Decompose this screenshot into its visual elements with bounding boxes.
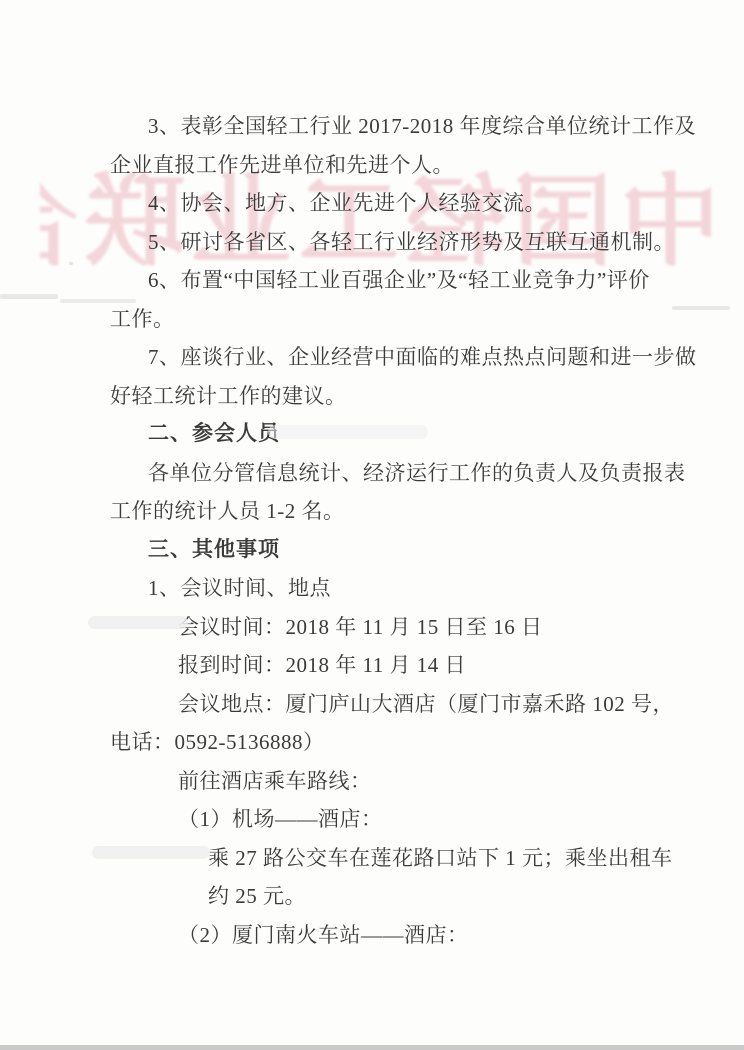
doc-line: 6、布置“中国轻工业百强企业”及“轻工业竞争力”评价 (110, 261, 695, 300)
document-body: 3、表彰全国轻工行业 2017-2018 年度综合单位统计工作及 企业直报工作先… (110, 107, 695, 954)
scanned-document-page: 中国轻工业联合会文件 3、表彰全国轻工行业 2017-2018 年度综合单位统计… (0, 0, 744, 1050)
scan-artifact (672, 306, 730, 310)
doc-line: 前往酒店乘车路线： (110, 762, 695, 801)
doc-line-meeting-time: 会议时间：2018 年 11 月 15 日至 16 日 (110, 608, 695, 647)
doc-line: 好轻工统计工作的建议。 (110, 377, 695, 416)
section-heading-other-items: 三、其他事项 (110, 531, 695, 570)
doc-line: 各单位分管信息统计、经济运行工作的负责人及负责报表 (110, 454, 695, 493)
doc-line: 3、表彰全国轻工行业 2017-2018 年度综合单位统计工作及 (110, 107, 695, 146)
doc-line-checkin-time: 报到时间：2018 年 11 月 14 日 (110, 646, 695, 685)
doc-line-phone: 电话：0592-5136888） (110, 723, 695, 762)
scan-artifact (60, 299, 136, 303)
scan-artifact (0, 294, 58, 299)
doc-line: 5、研讨各省区、各轻工行业经济形势及互联互通机制。 (110, 223, 695, 262)
doc-line-route-2: （2）厦门南火车站——酒店： (110, 916, 695, 955)
scan-bottom-edge (0, 1045, 744, 1050)
doc-line: 约 25 元。 (110, 877, 695, 916)
scan-smudge (268, 425, 428, 439)
doc-line: 企业直报工作先进单位和先进个人。 (110, 146, 695, 185)
doc-line-route-1: （1）机场——酒店： (110, 800, 695, 839)
scan-smudge (92, 846, 210, 859)
doc-line: 4、协会、地方、企业先进个人经验交流。 (110, 184, 695, 223)
doc-line-meeting-place: 会议地点：厦门庐山大酒店（厦门市嘉禾路 102 号， (110, 685, 695, 724)
doc-line: 工作。 (110, 300, 695, 339)
doc-line: 1、会议时间、地点 (110, 569, 695, 608)
doc-line: 7、座谈行业、企业经营中面临的难点热点问题和进一步做 (110, 338, 695, 377)
scan-artifact (69, 262, 73, 265)
scan-smudge (88, 616, 188, 629)
doc-line: 工作的统计人员 1-2 名。 (110, 492, 695, 531)
